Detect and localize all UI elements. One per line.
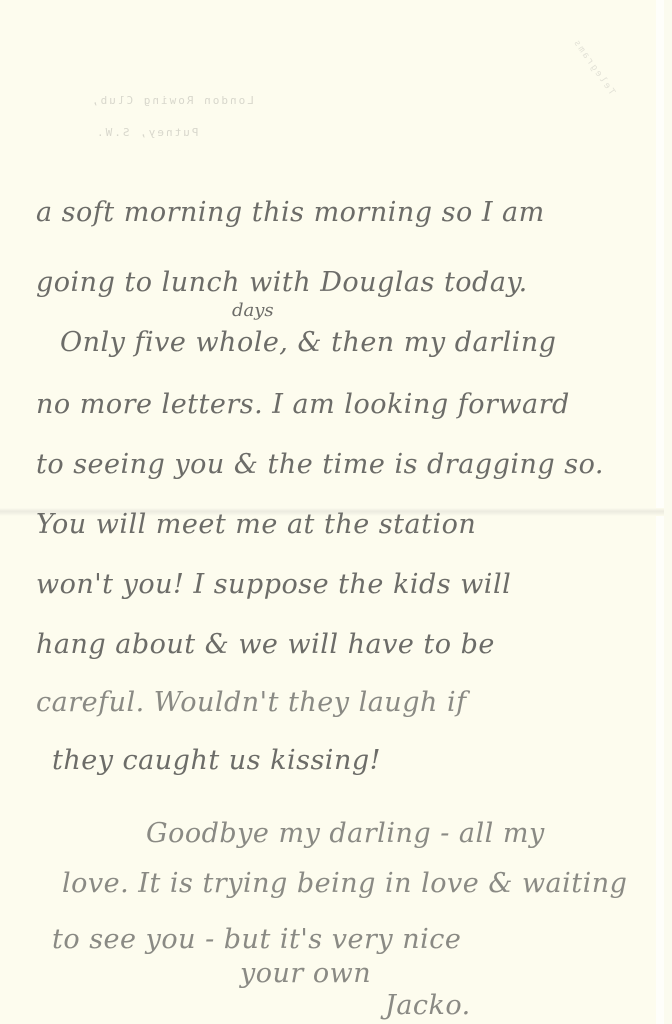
letter-line: no more letters. I am looking forward <box>36 389 570 420</box>
letter-line: You will meet me at the station <box>36 509 476 540</box>
letter-line: Goodbye my darling - all my <box>146 818 545 849</box>
inserted-word: days <box>232 300 274 321</box>
letter-line: Only five whole, & then my darling <box>60 327 556 358</box>
closing-salutation: your own <box>240 958 371 989</box>
letterhead-address: Putney, S.W. <box>95 126 198 139</box>
letter-line: going to lunch with Douglas today. <box>36 267 528 298</box>
letter-line: a soft morning this morning so I am <box>36 197 545 228</box>
signature: Jacko. <box>385 990 471 1021</box>
letter-line: love. It is trying being in love & waiti… <box>62 868 627 899</box>
letter-line: to see you - but it's very nice <box>52 924 461 955</box>
letter-line: careful. Wouldn't they laugh if <box>36 687 467 718</box>
letter-line: won't you! I suppose the kids will <box>36 569 511 600</box>
letterhead-club-name: London Rowing Club, <box>90 94 254 107</box>
letter-line: to seeing you & the time is dragging so. <box>36 449 604 480</box>
letter-page: London Rowing Club, Putney, S.W. Telegra… <box>0 0 664 1024</box>
letter-line: hang about & we will have to be <box>36 629 495 660</box>
letterhead-corner-text: Telegrams <box>570 37 616 97</box>
letter-line: they caught us kissing! <box>52 745 381 776</box>
